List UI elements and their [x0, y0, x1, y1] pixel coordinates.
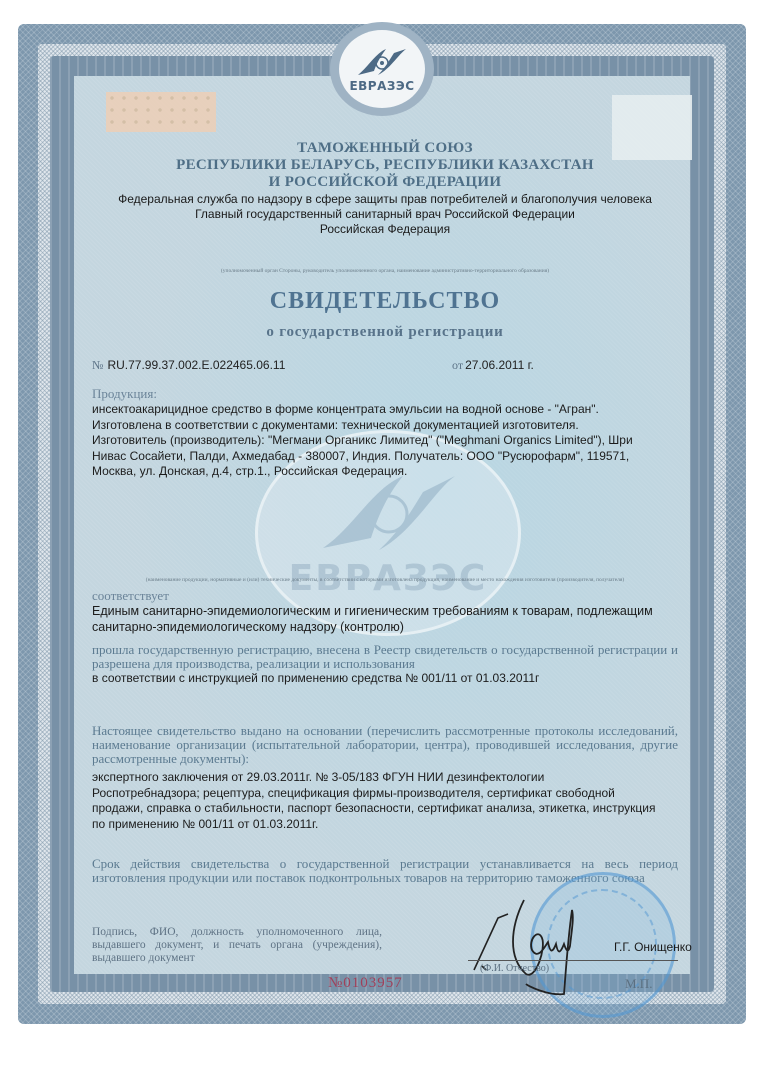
certificate-title: СВИДЕТЕЛЬСТВО — [92, 288, 678, 315]
union-title: ТАМОЖЕННЫЙ СОЮЗ РЕСПУБЛИКИ БЕЛАРУСЬ, РЕС… — [92, 140, 678, 191]
registration-section: прошла государственную регистрацию, внес… — [92, 643, 678, 687]
eurasec-watermark-icon — [313, 468, 463, 558]
registration-statement: прошла государственную регистрацию, внес… — [92, 643, 678, 671]
product-section: Продукция: инсектоакарицидное средство в… — [92, 386, 678, 480]
authority-line: Федеральная служба по надзору в сфере за… — [92, 192, 678, 207]
product-line: Нивас Сосайети, Палди, Ахмедабад - 38000… — [92, 449, 678, 465]
compliance-line: санитарно-эпидемиологическому надзору (к… — [92, 620, 678, 636]
eurasec-emblem-label: ЕВРАЗЭС — [349, 79, 414, 93]
basis-statement: Настоящее свидетельство выдано на основа… — [92, 724, 678, 766]
product-caption: (наименование продукции, нормативные и (… — [92, 577, 678, 583]
registration-instruction: в соответствии с инструкцией по применен… — [92, 671, 678, 687]
form-serial-number: №0103957 — [328, 975, 403, 992]
signature-caption-block: Подпись, ФИО, должность уполномоченного … — [92, 926, 382, 965]
signature-caption: Подпись, ФИО, должность уполномоченного … — [92, 926, 382, 965]
union-title-line: И РОССИЙСКОЙ ФЕДЕРАЦИИ — [92, 174, 678, 191]
compliance-label: соответствует — [92, 588, 678, 604]
eurasec-emblem-top: ЕВРАЗЭС — [330, 22, 434, 116]
basis-documents: экспертного заключения от 29.03.2011г. №… — [92, 770, 678, 832]
compliance-line: Единым санитарно-эпидемиологическим и ги… — [92, 604, 678, 620]
product-label: Продукция: — [92, 386, 678, 402]
certificate-content: ТАМОЖЕННЫЙ СОЮЗ РЕСПУБЛИКИ БЕЛАРУСЬ, РЕС… — [92, 140, 678, 237]
certificate-subtitle: о государственной регистрации — [92, 324, 678, 341]
fio-caption: (Ф.И. Отчество) — [480, 963, 549, 974]
authority-caption: (уполномоченный орган Стороны, руководит… — [92, 268, 678, 274]
basis-section: Настоящее свидетельство выдано на основа… — [92, 724, 678, 832]
registration-number: RU.77.99.37.002.E.022465.06.11 — [107, 358, 285, 372]
handwritten-signature-icon — [468, 888, 618, 998]
eurasec-logo-icon — [354, 45, 410, 79]
number-label: № — [92, 358, 103, 372]
product-description: инсектоакарицидное средство в форме конц… — [92, 402, 678, 480]
basis-line: экспертного заключения от 29.03.2011г. №… — [92, 770, 678, 786]
product-line: инсектоакарицидное средство в форме конц… — [92, 402, 678, 418]
issuing-authority: Федеральная служба по надзору в сфере за… — [92, 192, 678, 237]
basis-line: по применению № 001/11 от 01.03.2011г. — [92, 817, 678, 833]
signature-line — [468, 960, 678, 961]
product-line: Изготовлена в соответствии с документами… — [92, 418, 678, 434]
registration-date: 27.06.2011 г. — [465, 358, 534, 372]
compliance-requirements: Единым санитарно-эпидемиологическим и ги… — [92, 604, 678, 635]
registration-number-line: №RU.77.99.37.002.E.022465.06.11 от27.06.… — [92, 358, 678, 373]
product-line: Изготовитель (производитель): "Мегмани О… — [92, 433, 678, 449]
security-patch-left — [106, 92, 216, 132]
date-label: от — [452, 358, 463, 372]
authority-line: Российская Федерация — [92, 222, 678, 237]
signer-name: Г.Г. Онищенко — [614, 940, 692, 954]
seal-place-label: М.П. — [625, 976, 652, 992]
compliance-section: соответствует Единым санитарно-эпидемиол… — [92, 588, 678, 635]
basis-line: Роспотребнадзора; рецептура, спецификаци… — [92, 786, 678, 802]
basis-line: продажи, справка о стабильности, паспорт… — [92, 801, 678, 817]
union-title-line: РЕСПУБЛИКИ БЕЛАРУСЬ, РЕСПУБЛИКИ КАЗАХСТА… — [92, 157, 678, 174]
product-line: Москва, ул. Донская, д.4, стр.1., Россий… — [92, 464, 678, 480]
union-title-line: ТАМОЖЕННЫЙ СОЮЗ — [92, 140, 678, 157]
authority-line: Главный государственный санитарный врач … — [92, 207, 678, 222]
